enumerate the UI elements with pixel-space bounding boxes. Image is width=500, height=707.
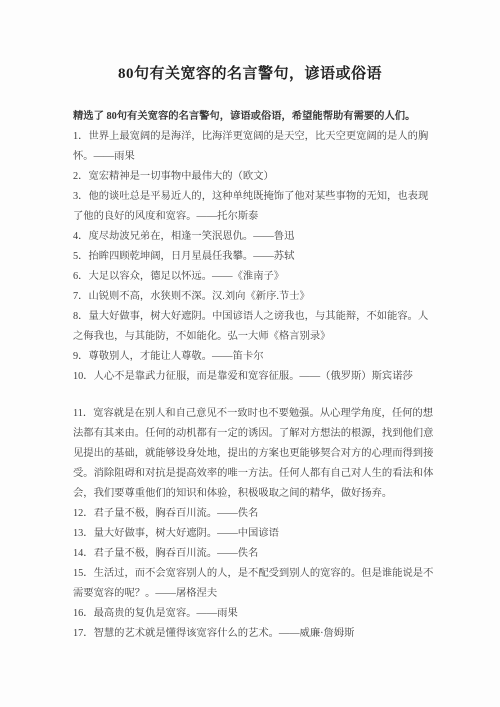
- quotes-section-1: 1．世界上最宽阔的是海洋，比海洋更宽阔的是天空，比天空更宽阔的是人的胸怀。——雨…: [73, 127, 433, 387]
- quote-paragraph: 11．宽容就是在别人和自己意见不一致时也不要勉强。从心理学角度，任何的想法都有其…: [73, 404, 433, 504]
- quote-line: 15．生活过，而不会宽容别人的人，是不配受到别人的宽容的。但是谁能说是不: [73, 564, 433, 584]
- quote-line: 6．大足以容众，德足以怀远。——《淮南子》: [73, 267, 433, 287]
- quote-line: 9．尊敬别人，才能让人尊敬。——笛卡尔: [73, 347, 433, 367]
- quote-line: 1．世界上最宽阔的是海洋，比海洋更宽阔的是天空，比天空更宽阔的是人的胸: [73, 127, 433, 147]
- quote-paragraph: 14．君子量不极，胸吞百川流。——佚名: [73, 544, 433, 564]
- quote-line: 8．量大好做事，树大好遮阴。中国谚语人之谤我也，与其能辩，不如能容。人: [73, 307, 433, 327]
- quote-line: 11．宽容就是在别人和自己意见不一致时也不要勉强。从心理学角度，任何的想: [73, 404, 433, 424]
- document-body: 精选了 80句有关宽容的名言警句，谚语或俗语，希望能帮助有需要的人们。 1．世界…: [73, 107, 433, 644]
- quote-paragraph: 12．君子量不极，胸吞百川流。——佚名: [73, 504, 433, 524]
- quote-paragraph: 8．量大好做事，树大好遮阴。中国谚语人之谤我也，与其能辩，不如能容。人之侮我也，…: [73, 307, 433, 347]
- quote-paragraph: 1．世界上最宽阔的是海洋，比海洋更宽阔的是天空，比天空更宽阔的是人的胸怀。——雨…: [73, 127, 433, 167]
- quote-line: 7．山锐则不高，水狭则不深。汉.刘向《新序.节士》: [73, 287, 433, 307]
- quote-line: 17．智慧的艺术就是懂得该宽容什么的艺术。——威廉·詹姆斯: [73, 624, 433, 644]
- quote-line: 了他的良好的风度和宽容。——托尔斯泰: [73, 207, 433, 227]
- quote-paragraph: 15．生活过，而不会宽容别人的人，是不配受到别人的宽容的。但是谁能说是不需要宽容…: [73, 564, 433, 604]
- quote-paragraph: 9．尊敬别人，才能让人尊敬。——笛卡尔: [73, 347, 433, 367]
- quote-paragraph: 17．智慧的艺术就是懂得该宽容什么的艺术。——威廉·詹姆斯: [73, 624, 433, 644]
- quote-line: 14．君子量不极，胸吞百川流。——佚名: [73, 544, 433, 564]
- quote-line: 需要宽容的呢？。——屠格涅夫: [73, 584, 433, 604]
- intro-paragraph: 精选了 80句有关宽容的名言警句，谚语或俗语，希望能帮助有需要的人们。: [73, 107, 433, 127]
- quotes-section-2: 11．宽容就是在别人和自己意见不一致时也不要勉强。从心理学角度，任何的想法都有其…: [73, 404, 433, 644]
- quote-paragraph: 7．山锐则不高，水狭则不深。汉.刘向《新序.节士》: [73, 287, 433, 307]
- quote-line: 13．量大好做事，树大好遮阴。——中国谚语: [73, 524, 433, 544]
- quote-line: 之侮我也，与其能防，不如能化。弘一大师《格言别录》: [73, 327, 433, 347]
- quote-paragraph: 13．量大好做事，树大好遮阴。——中国谚语: [73, 524, 433, 544]
- quote-line: 受。消除阻碍和对抗是提高效率的唯一方法。任何人都有自己对人生的看法和体: [73, 464, 433, 484]
- quote-line: 法都有其来由。任何的动机都有一定的诱因。了解对方想法的根源，找到他们意: [73, 424, 433, 444]
- quote-paragraph: 5．抬眸四顾乾坤阔，日月星晨任我攀。——苏轼: [73, 247, 433, 267]
- quote-paragraph: 3．他的谈吐总是平易近人的，这种单纯既掩饰了他对某些事物的无知，也表现了他的良好…: [73, 187, 433, 227]
- quote-line: 见提出的基础，就能够设身处地，提出的方案也更能够契合对方的心理而得到接: [73, 444, 433, 464]
- quote-line: 会，我们要尊重他们的知识和体验，积极吸取之间的精华，做好扬弃。: [73, 484, 433, 504]
- quote-line: 4．度尽劫波兄弟在，相逢一笑泯恩仇。——鲁迅: [73, 227, 433, 247]
- document-title: 80句有关宽容的名言警句，谚语或俗语: [0, 0, 500, 84]
- quote-line: 5．抬眸四顾乾坤阔，日月星晨任我攀。——苏轼: [73, 247, 433, 267]
- quote-paragraph: 6．大足以容众，德足以怀远。——《淮南子》: [73, 267, 433, 287]
- quote-paragraph: 10．人心不是靠武力征服，而是靠爱和宽容征服。——（俄罗斯）斯宾诺莎: [73, 367, 433, 387]
- document-page: 80句有关宽容的名言警句，谚语或俗语 精选了 80句有关宽容的名言警句，谚语或俗…: [0, 0, 500, 707]
- quote-line: 16．最高贵的复仇是宽容。——雨果: [73, 604, 433, 624]
- quote-line: 3．他的谈吐总是平易近人的，这种单纯既掩饰了他对某些事物的无知，也表现: [73, 187, 433, 207]
- quote-paragraph: 4．度尽劫波兄弟在，相逢一笑泯恩仇。——鲁迅: [73, 227, 433, 247]
- quote-paragraph: 2．宽宏精神是一切事物中最伟大的（欧文）: [73, 167, 433, 187]
- quote-line: 怀。——雨果: [73, 147, 433, 167]
- quote-line: 10．人心不是靠武力征服，而是靠爱和宽容征服。——（俄罗斯）斯宾诺莎: [73, 367, 433, 387]
- quote-line: 2．宽宏精神是一切事物中最伟大的（欧文）: [73, 167, 433, 187]
- quote-line: 12．君子量不极，胸吞百川流。——佚名: [73, 504, 433, 524]
- quote-paragraph: 16．最高贵的复仇是宽容。——雨果: [73, 604, 433, 624]
